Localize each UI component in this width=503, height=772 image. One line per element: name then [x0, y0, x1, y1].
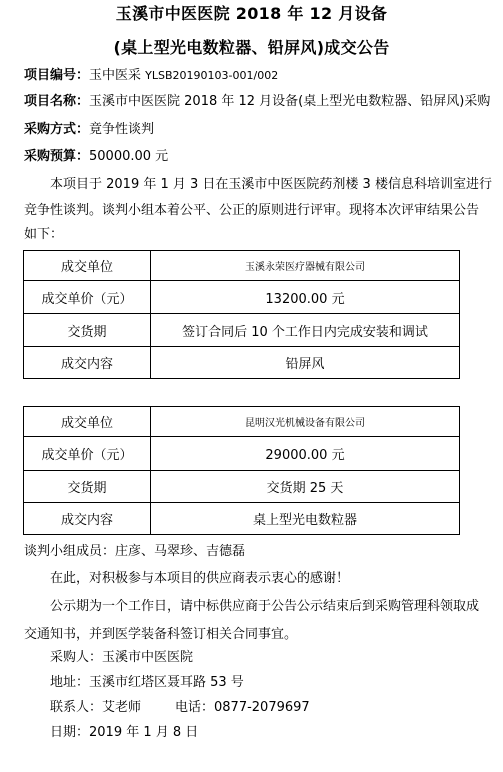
award-table-1: 成交单位 玉溪永荣医疗器械有限公司 成交单价（元） 13200.00 元 交货期… [23, 250, 460, 379]
award-key: 交货期 [24, 314, 151, 347]
award-row: 成交单价（元） 29000.00 元 [24, 437, 460, 471]
intro-line-2: 竞争性谈判。谈判小组本着公平、公正的原则进行评审。现将本次评审结果公告 [24, 198, 479, 224]
award-key: 成交单位 [24, 407, 151, 437]
award-value: 桌上型光电数粒器 [151, 503, 460, 535]
award-row: 成交单位 玉溪永荣医疗器械有限公司 [24, 251, 460, 281]
project-name-label: 项目名称： [24, 94, 89, 109]
project-number: 项目编号：玉中医采 YLSB20190103-001/002 [24, 67, 278, 85]
procurement-method-value: 竟争性谈判 [89, 122, 154, 137]
award-value: 昆明汉光机械设备有限公司 [151, 407, 460, 437]
award-row: 成交内容 铅屏风 [24, 347, 460, 379]
award-key: 成交内容 [24, 503, 151, 535]
award-value: 交货期 25 天 [151, 471, 460, 503]
panel-members: 谈判小组成员：庄彦、马翠珍、吉德磊 [24, 539, 479, 565]
notice-line-2: 交通知书，并到医学装备科签订相关合同事宜。 [24, 622, 479, 648]
award-row: 成交内容 桌上型光电数粒器 [24, 503, 460, 535]
document-title-line-2: (桌上型光电数粒器、铅屏风)成交公告 [0, 38, 503, 58]
contact-person: 联系人：艾老师 [50, 700, 141, 715]
notice-line-1: 公示期为一个工作日，请中标供应商于公告公示结束后到采购管理科领取成 [50, 594, 503, 620]
award-key: 成交内容 [24, 347, 151, 379]
project-number-prefix: 玉中医采 [89, 68, 145, 83]
award-value: 29000.00 元 [151, 437, 460, 471]
project-number-label: 项目编号： [24, 68, 89, 83]
award-key: 成交单价（元） [24, 437, 151, 471]
award-row: 成交单价（元） 13200.00 元 [24, 281, 460, 314]
procurement-method-label: 采购方式： [24, 122, 89, 137]
award-value: 玉溪永荣医疗器械有限公司 [151, 251, 460, 281]
document-title-line-1: 玉溪市中医医院 2018 年 12 月设备 [0, 4, 503, 24]
intro-line-1: 本项目于 2019 年 1 月 3 日在玉溪市中医医院药剂楼 3 楼信息科培训室… [50, 172, 503, 198]
intro-line-3: 如下： [24, 224, 479, 246]
award-key: 成交单位 [24, 251, 151, 281]
contact-line: 联系人：艾老师电话：0877-2079697 [50, 699, 310, 717]
address: 地址：玉溪市红塔区聂耳路 53 号 [50, 674, 244, 692]
award-key: 交货期 [24, 471, 151, 503]
award-row: 交货期 交货期 25 天 [24, 471, 460, 503]
procurement-budget: 采购预算：50000.00 元 [24, 148, 168, 166]
purchaser: 采购人：玉溪市中医医院 [50, 649, 193, 667]
award-table-2: 成交单位 昆明汉光机械设备有限公司 成交单价（元） 29000.00 元 交货期… [23, 406, 460, 535]
procurement-budget-label: 采购预算： [24, 149, 89, 164]
award-value: 铅屏风 [151, 347, 460, 379]
project-name-value: 玉溪市中医医院 2018 年 12 月设备(桌上型光电数粒器、铅屏风)采购 [89, 94, 490, 109]
procurement-budget-value: 50000.00 元 [89, 149, 168, 164]
award-key: 成交单价（元） [24, 281, 151, 314]
award-value: 签订合同后 10 个工作日内完成安装和调试 [151, 314, 460, 347]
phone: 电话：0877-2079697 [175, 700, 310, 715]
award-row: 交货期 签订合同后 10 个工作日内完成安装和调试 [24, 314, 460, 347]
award-value: 13200.00 元 [151, 281, 460, 314]
project-number-code: YLSB20190103-001/002 [145, 69, 278, 82]
award-row: 成交单位 昆明汉光机械设备有限公司 [24, 407, 460, 437]
date: 日期：2019 年 1 月 8 日 [50, 724, 198, 742]
procurement-method: 采购方式：竟争性谈判 [24, 121, 154, 139]
project-name: 项目名称：玉溪市中医医院 2018 年 12 月设备(桌上型光电数粒器、铅屏风)… [24, 93, 490, 111]
thanks-note: 在此，对积极参与本项目的供应商表示衷心的感谢！ [50, 566, 503, 592]
